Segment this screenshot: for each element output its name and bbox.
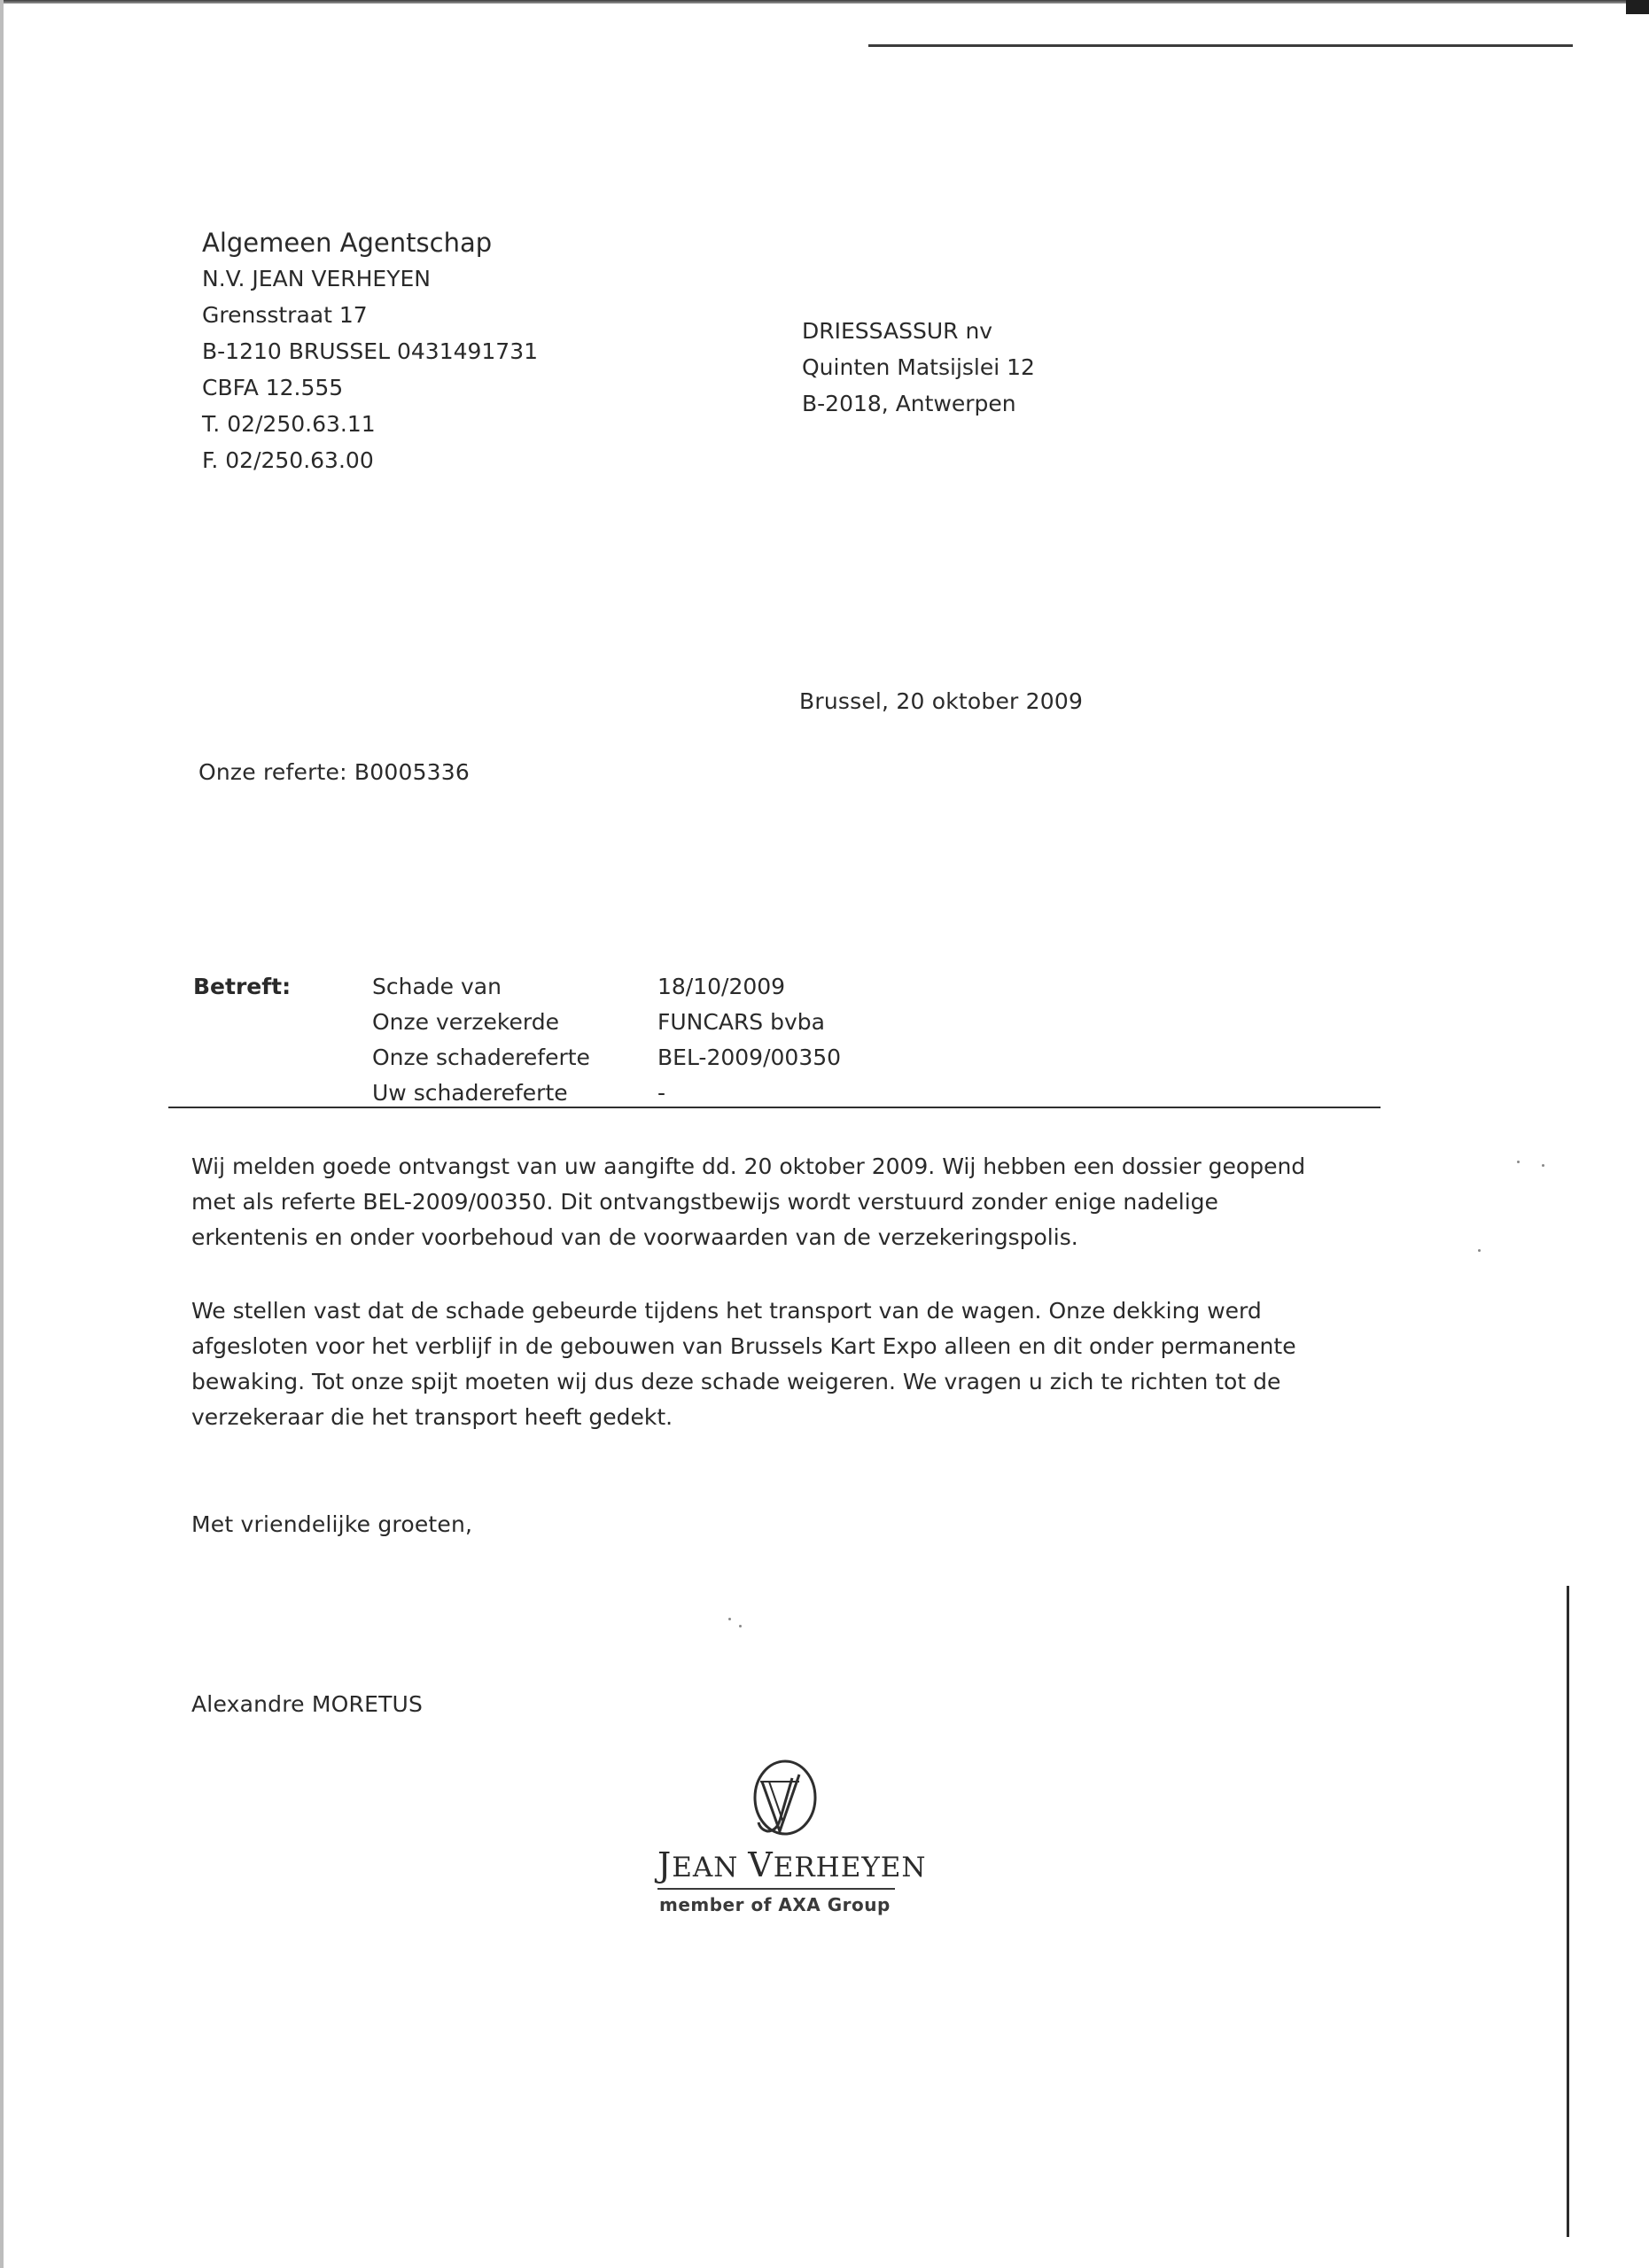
- sender-title: Algemeen Agentschap: [202, 225, 538, 260]
- subject-key: Uw schadereferte: [372, 1076, 568, 1111]
- subject-key: Schade van: [372, 969, 502, 1005]
- recipient-company: DRIESSASSUR nv: [802, 313, 1035, 349]
- subject-key: Onze verzekerde: [372, 1005, 559, 1040]
- letter-date: Brussel, 20 oktober 2009: [799, 684, 1083, 719]
- scan-left-edge: [0, 0, 4, 2268]
- logo-text: ERHEYEN: [774, 1852, 927, 1884]
- subject-value: -: [657, 1076, 665, 1111]
- body-line: met als referte BEL-2009/00350. Dit ontv…: [191, 1184, 1396, 1220]
- sender-city: B-1210 BRUSSEL 0431491731: [202, 333, 538, 369]
- recipient-city: B-2018, Antwerpen: [802, 385, 1035, 422]
- scan-corner-mark: [1626, 0, 1649, 14]
- sender-street: Grensstraat 17: [202, 297, 538, 333]
- subject-value: BEL-2009/00350: [657, 1040, 841, 1076]
- body-paragraph-1: Wij melden goede ontvangst van uw aangif…: [191, 1149, 1396, 1255]
- logo-wordmark: JEAN VERHEYEN: [657, 1847, 927, 1885]
- subject-value: 18/10/2009: [657, 969, 785, 1005]
- jv-monogram-icon: [744, 1759, 819, 1844]
- sender-phone: T. 02/250.63.11: [202, 406, 538, 442]
- body-line: verzekeraar die het transport heeft gede…: [191, 1400, 1396, 1435]
- body-line: erkentenis en onder voorbehoud van de vo…: [191, 1220, 1396, 1255]
- scan-speck: [728, 1618, 731, 1620]
- logo-divider: [657, 1888, 895, 1890]
- body-line: afgesloten voor het verblijf in de gebou…: [191, 1329, 1396, 1364]
- subject-value: FUNCARS bvba: [657, 1005, 825, 1040]
- signer-name: Alexandre MORETUS: [191, 1687, 423, 1722]
- scan-speck: [739, 1625, 742, 1627]
- scan-speck: [1478, 1249, 1481, 1252]
- scan-speck: [1542, 1164, 1544, 1167]
- our-reference: Onze referte: B0005336: [198, 755, 470, 790]
- logo-tagline: member of AXA Group: [659, 1891, 891, 1918]
- body-line: bewaking. Tot onze spijt moeten wij dus …: [191, 1364, 1396, 1400]
- recipient-street: Quinten Matsijslei 12: [802, 349, 1035, 385]
- subject-divider: [168, 1107, 1381, 1108]
- body-line: Wij melden goede ontvangst van uw aangif…: [191, 1149, 1396, 1184]
- logo-initial: J: [657, 1845, 672, 1884]
- scan-top-edge: [0, 0, 1649, 4]
- sender-fax: F. 02/250.63.00: [202, 442, 538, 478]
- closing-salutation: Met vriendelijke groeten,: [191, 1507, 472, 1542]
- body-paragraph-2: We stellen vast dat de schade gebeurde t…: [191, 1293, 1396, 1435]
- subject-label: Betreft:: [193, 969, 291, 1005]
- logo-text: EAN: [672, 1852, 738, 1884]
- subject-key: Onze schadereferte: [372, 1040, 590, 1076]
- logo-initial: V: [748, 1845, 773, 1884]
- sender-address: Algemeen Agentschap N.V. JEAN VERHEYEN G…: [202, 225, 538, 478]
- body-line: We stellen vast dat de schade gebeurde t…: [191, 1293, 1396, 1329]
- recipient-address: DRIESSASSUR nv Quinten Matsijslei 12 B-2…: [802, 313, 1035, 422]
- scan-speck: [1517, 1161, 1520, 1163]
- header-rule: [868, 44, 1573, 47]
- sender-company: N.V. JEAN VERHEYEN: [202, 260, 538, 297]
- margin-line: [1567, 1586, 1569, 2237]
- sender-cbfa: CBFA 12.555: [202, 369, 538, 406]
